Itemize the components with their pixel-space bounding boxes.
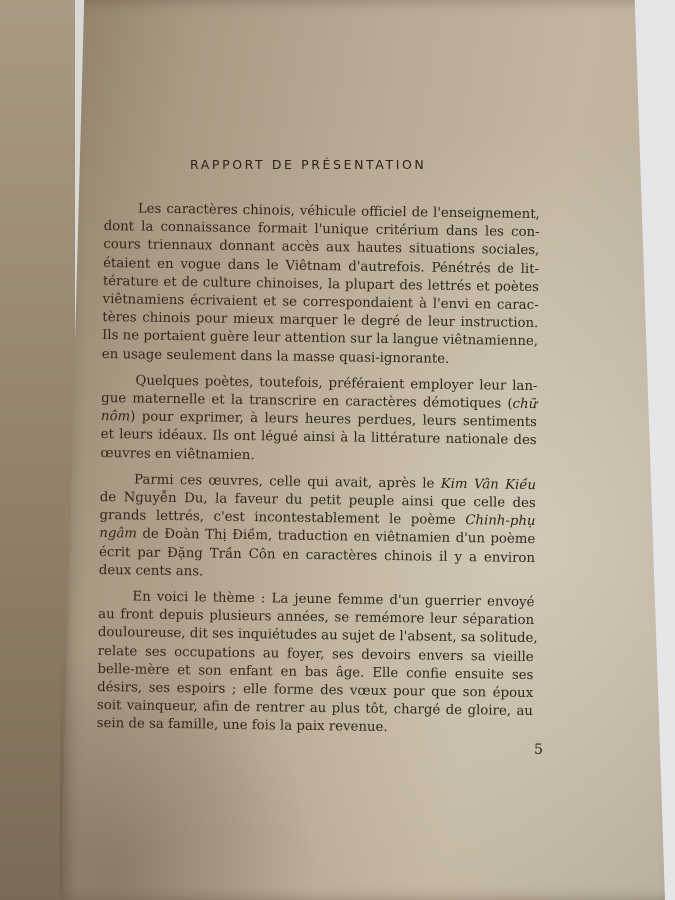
paragraph-3: Parmi ces œuvres, celle qui avait, après… [99,471,536,586]
paragraph-2: Quelques poètes, toutefois, préféraient … [100,372,537,469]
paragraph-1: Les caractères chinois, véhicule officie… [102,200,540,370]
body-text: Les caractères chinois, véhicule officie… [96,200,540,748]
paragraph-4: En voici le thème : La jeune femme d'un … [97,588,535,740]
page-number: 5 [534,742,543,758]
page-title: RAPPORT DE PRÉSENTATION [190,157,470,172]
